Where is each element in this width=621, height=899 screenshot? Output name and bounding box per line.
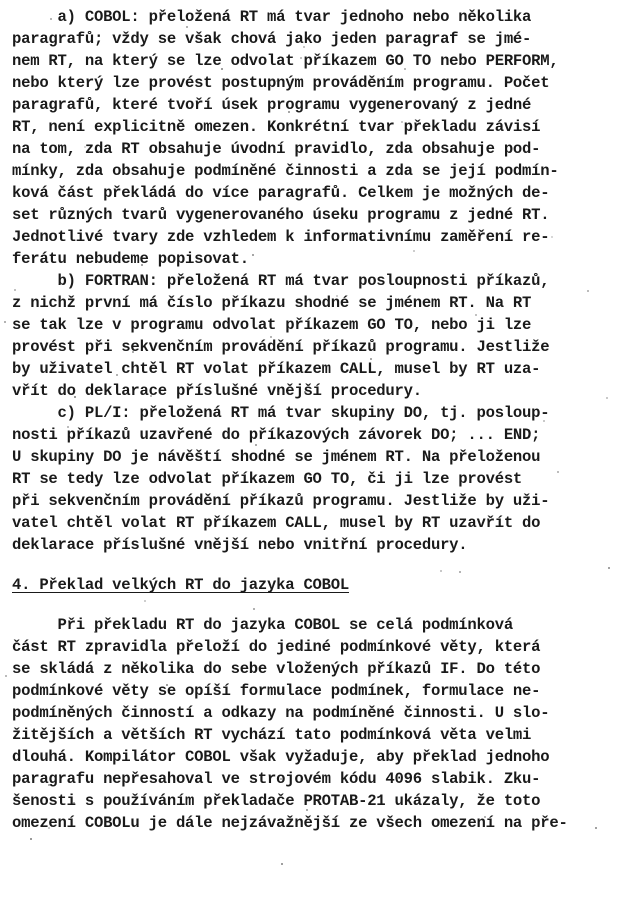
section-heading: 4. Překlad velkých RT do jazyka COBOL: [12, 574, 617, 596]
scan-speck: [281, 863, 283, 865]
scan-speck: [50, 61, 52, 63]
text-line: paragrafů, které tvoří úsek programu vyg…: [12, 94, 617, 116]
scan-speck: [300, 57, 302, 59]
text-line: omezení COBOLu je dále nejzávažnější ze …: [12, 812, 617, 834]
scan-speck: [14, 289, 16, 291]
text-line: RT se tedy lze odvolat příkazem GO TO, č…: [12, 468, 617, 490]
text-line: dlouhá. Kompilátor COBOL však vyžaduje, …: [12, 746, 617, 768]
scan-speck: [150, 395, 152, 397]
scan-speck: [557, 471, 559, 473]
scan-speck: [475, 314, 477, 316]
text-line: paragrafu nepřesahoval ve strojovém kódu…: [12, 768, 617, 790]
scan-speck: [587, 290, 589, 292]
scan-speck: [336, 295, 338, 297]
scan-speck: [304, 391, 306, 393]
scan-speck: [454, 301, 456, 303]
scan-speck: [510, 150, 512, 152]
text-line: b) FORTRAN: přeložená RT má tvar posloup…: [12, 270, 617, 292]
text-line: se tak lze v programu odvolat příkazem G…: [12, 314, 617, 336]
text-line: z nichž první má číslo příkazu shodné se…: [12, 292, 617, 314]
scan-speck: [145, 663, 147, 665]
scan-speck: [253, 608, 255, 610]
scan-speck: [440, 570, 442, 572]
scan-speck: [370, 358, 372, 360]
scan-speck: [404, 68, 406, 70]
scan-speck: [94, 631, 96, 633]
scanned-page: a) COBOL: přeložená RT má tvar jednoho n…: [0, 0, 621, 899]
scan-speck: [344, 435, 346, 437]
scan-speck: [132, 351, 134, 353]
text-line: podmíněných činností a odkazy na podmíně…: [12, 702, 617, 724]
text-line: by uživatel chtěl RT volat příkazem CALL…: [12, 358, 617, 380]
scan-speck: [459, 571, 461, 573]
text-line: set různých tvarů vygenerovaného úseku p…: [12, 204, 617, 226]
text-line: paragrafů; vždy se však chová jako jeden…: [12, 28, 617, 50]
scan-speck: [277, 392, 279, 394]
scan-speck: [453, 238, 455, 240]
text-line: nem RT, na který se lze odvolat příkazem…: [12, 50, 617, 72]
text-line: ferátu nebudeme popisovat.: [12, 248, 617, 270]
scan-speck: [271, 79, 273, 81]
scan-speck: [221, 68, 223, 70]
text-line: vatel chtěl volat RT příkazem CALL, muse…: [12, 512, 617, 534]
scan-speck: [306, 809, 308, 811]
scan-speck: [406, 776, 408, 778]
scan-speck: [510, 753, 512, 755]
scan-speck: [166, 684, 168, 686]
scan-speck: [595, 827, 597, 829]
paragraphs-after-heading: Při překladu RT do jazyka COBOL se celá …: [12, 614, 617, 834]
text-line: provést při sekvenčním provádění příkazů…: [12, 336, 617, 358]
text-line: žitějších a větších RT vychází tato podm…: [12, 724, 617, 746]
text-line: RT, není explicitně omezen. Konkrétní tv…: [12, 116, 617, 138]
scan-speck: [74, 396, 76, 398]
scan-speck: [276, 80, 278, 82]
scan-speck: [383, 77, 385, 79]
text-line: nosti příkazů uzavřené do příkazových zá…: [12, 424, 617, 446]
scan-speck: [50, 18, 52, 20]
text-line: mínky, zda obsahuje podmíněné činnosti a…: [12, 160, 617, 182]
scan-speck: [116, 374, 118, 376]
text-line: deklarace příslušné vnější nebo vnitřní …: [12, 534, 617, 556]
scan-speck: [280, 778, 282, 780]
scan-speck: [606, 397, 608, 399]
text-line: a) COBOL: přeložená RT má tvar jednoho n…: [12, 6, 617, 28]
scan-speck: [4, 321, 6, 323]
scan-speck: [48, 827, 50, 829]
text-line: Při překladu RT do jazyka COBOL se celá …: [12, 614, 617, 636]
scan-speck: [484, 816, 486, 818]
text-line: c) PL/I: přeložená RT má tvar skupiny DO…: [12, 402, 617, 424]
scan-speck: [84, 146, 86, 148]
text-line: při sekvenčním provádění příkazů program…: [12, 490, 617, 512]
scan-speck: [144, 600, 146, 602]
scan-speck: [67, 426, 69, 428]
scan-speck: [30, 838, 32, 840]
scan-speck: [288, 111, 290, 113]
spacer: [12, 596, 617, 614]
scan-speck: [270, 336, 272, 338]
text-line: Jednotlivé tvary zde vzhledem k informat…: [12, 226, 617, 248]
scan-speck: [48, 784, 50, 786]
scan-speck: [413, 250, 415, 252]
scan-speck: [141, 264, 143, 266]
scan-speck: [252, 254, 254, 256]
text-line: nebo který lze provést postupným provádě…: [12, 72, 617, 94]
scan-speck: [255, 444, 257, 446]
paragraphs-before-heading: a) COBOL: přeložená RT má tvar jednoho n…: [12, 6, 617, 556]
text-line: ková část překládá do více paragrafů. Ce…: [12, 182, 617, 204]
scan-speck: [301, 500, 303, 502]
text-line: podmínkové věty se opíší formulace podmí…: [12, 680, 617, 702]
scan-speck: [186, 26, 188, 28]
text-line: část RT zpravidla přeloží do jediné podm…: [12, 636, 617, 658]
scan-speck: [543, 420, 545, 422]
text-line: na tom, zda RT obsahuje úvodní pravidlo,…: [12, 138, 617, 160]
document-body: a) COBOL: přeložená RT má tvar jednoho n…: [12, 6, 617, 834]
spacer: [12, 556, 617, 574]
text-line: vřít do deklarace příslušné vnější proce…: [12, 380, 617, 402]
text-line: šenosti s používáním překladače PROTAB-2…: [12, 790, 617, 812]
scan-speck: [551, 236, 553, 238]
scan-speck: [303, 46, 305, 48]
scan-speck: [73, 802, 75, 804]
text-line: se skládá z několika do sebe vložených p…: [12, 658, 617, 680]
text-line: U skupiny DO je návěští shodné se jménem…: [12, 446, 617, 468]
scan-speck: [5, 675, 7, 677]
scan-speck: [401, 121, 403, 123]
scan-speck: [608, 567, 610, 569]
